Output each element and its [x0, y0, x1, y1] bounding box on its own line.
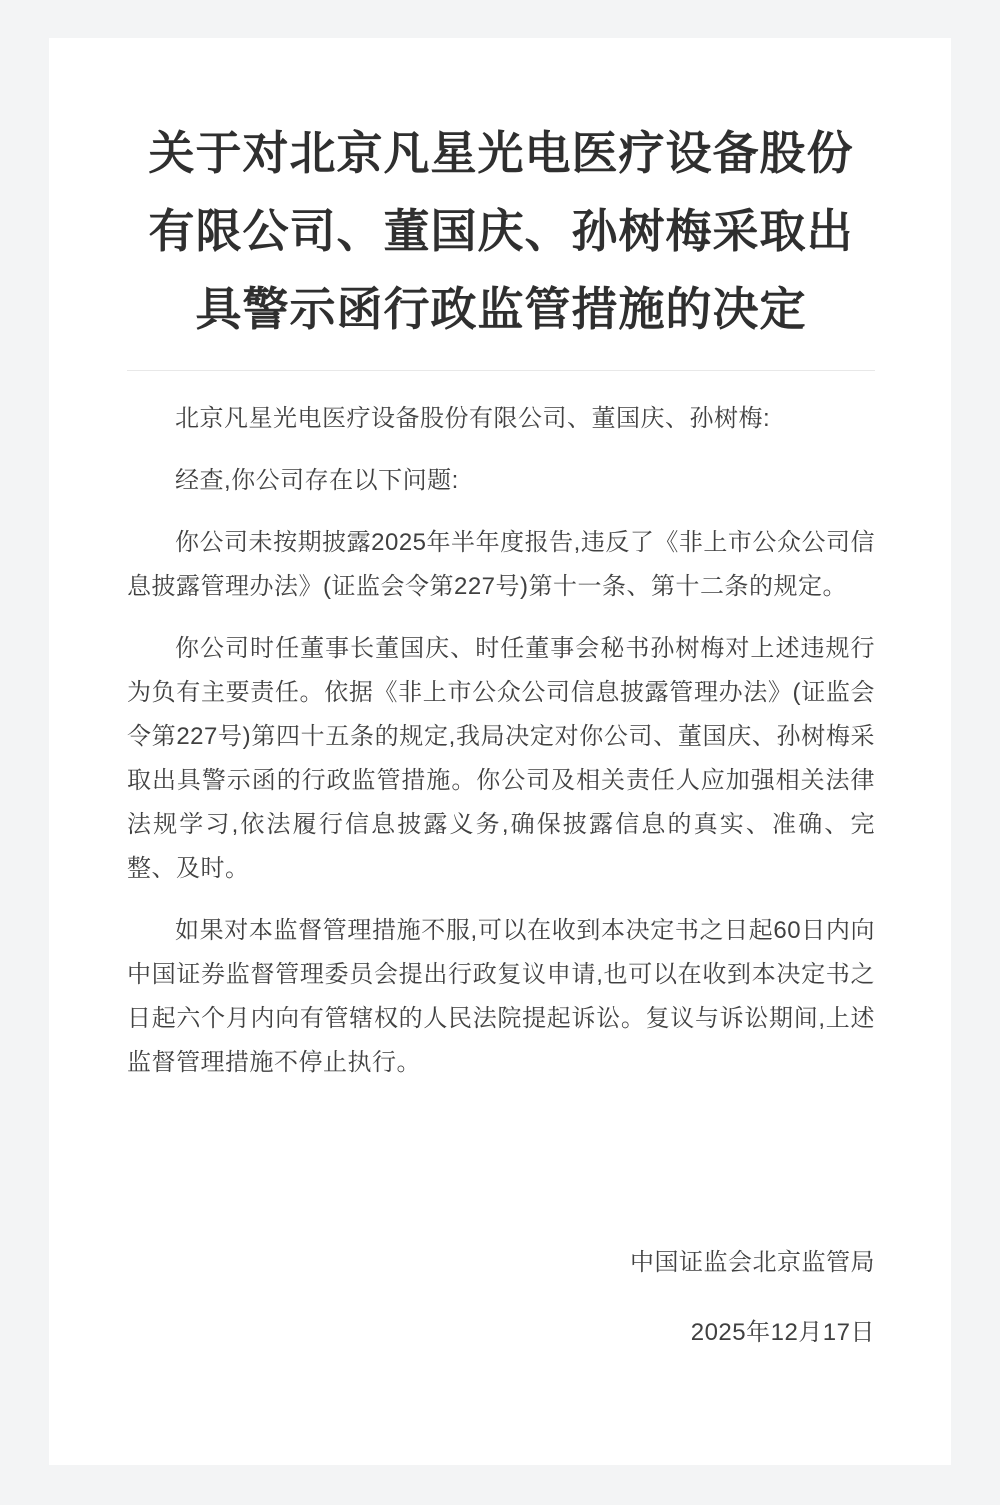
signature-issuer: 中国证监会北京监管局 [127, 1241, 875, 1285]
title-divider [127, 370, 875, 371]
paragraph-decision: 你公司时任董事长董国庆、时任董事会秘书孙树梅对上述违规行为负有主要责任。依据《非… [127, 627, 875, 891]
signature-block: 中国证监会北京监管局 2025年12月17日 [127, 1241, 875, 1355]
paragraph-violation: 你公司未按期披露2025年半年度报告,违反了《非上市公众公司信息披露管理办法》(… [127, 521, 875, 609]
document-body: 北京凡星光电医疗设备股份有限公司、董国庆、孙树梅: 经查,你公司存在以下问题: … [127, 397, 875, 1085]
document-card: 关于对北京凡星光电医疗设备股份有限公司、董国庆、孙树梅采取出具警示函行政监管措施… [49, 38, 951, 1465]
document-title: 关于对北京凡星光电医疗设备股份有限公司、董国庆、孙树梅采取出具警示函行政监管措施… [127, 114, 875, 348]
signature-date: 2025年12月17日 [127, 1311, 875, 1355]
paragraph-salutation: 北京凡星光电医疗设备股份有限公司、董国庆、孙树梅: [127, 397, 875, 441]
paragraph-appeal-rights: 如果对本监督管理措施不服,可以在收到本决定书之日起60日内向中国证券监督管理委员… [127, 909, 875, 1085]
paragraph-findings-intro: 经查,你公司存在以下问题: [127, 459, 875, 503]
